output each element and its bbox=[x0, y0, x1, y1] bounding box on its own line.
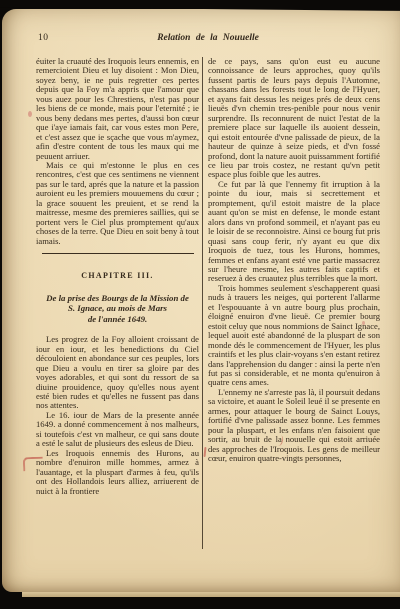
section-title: De la prise des Bourgs de la Mission de … bbox=[36, 293, 199, 325]
paragraph: éuiter la cruauté des Iroquois leurs enn… bbox=[36, 57, 199, 161]
paragraph: Les progrez de la Foy alloient croissant… bbox=[36, 335, 199, 411]
red-pencil-dot bbox=[28, 111, 32, 117]
section-title-line: de l'année 1649. bbox=[36, 314, 199, 325]
paragraph: Les Iroquois ennemis des Hurons, au nomb… bbox=[36, 449, 199, 496]
right-column: de ce pays, sans qu'on eust eu aucune co… bbox=[208, 57, 380, 463]
book-page: 10 Relation de la Nouuelle éuiter la cru… bbox=[2, 9, 400, 592]
chapter-heading: CHAPITRE III. bbox=[36, 271, 199, 280]
paragraph: L'ennemy ne s'arreste pas là, il poursui… bbox=[208, 388, 380, 464]
book-photo: 10 Relation de la Nouuelle éuiter la cru… bbox=[0, 0, 400, 609]
paragraph: Mais ce qui m'estonne le plus en ces ren… bbox=[36, 161, 199, 246]
page-header: 10 Relation de la Nouuelle bbox=[36, 33, 380, 49]
section-divider-rule bbox=[42, 253, 194, 254]
paragraph: Trois hommes seulement s'eschapperent qu… bbox=[208, 284, 380, 388]
underlying-page-edge bbox=[22, 592, 400, 597]
paragraph: de ce pays, sans qu'on eust eu aucune co… bbox=[208, 57, 380, 180]
paragraph: Ce fut par là que l'ennemy fit irruption… bbox=[208, 180, 380, 284]
running-title: Relation de la Nouuelle bbox=[36, 33, 380, 43]
section-title-line: De la prise des Bourgs de la Mission de bbox=[36, 293, 199, 304]
left-column: éuiter la cruauté des Iroquois leurs enn… bbox=[36, 57, 199, 496]
red-pencil-tick bbox=[203, 447, 206, 457]
section-title-line: S. Ignace, au mois de Mars bbox=[36, 303, 199, 314]
column-divider bbox=[202, 57, 203, 549]
paragraph: Le 16. iour de Mars de la presente année… bbox=[36, 411, 199, 449]
